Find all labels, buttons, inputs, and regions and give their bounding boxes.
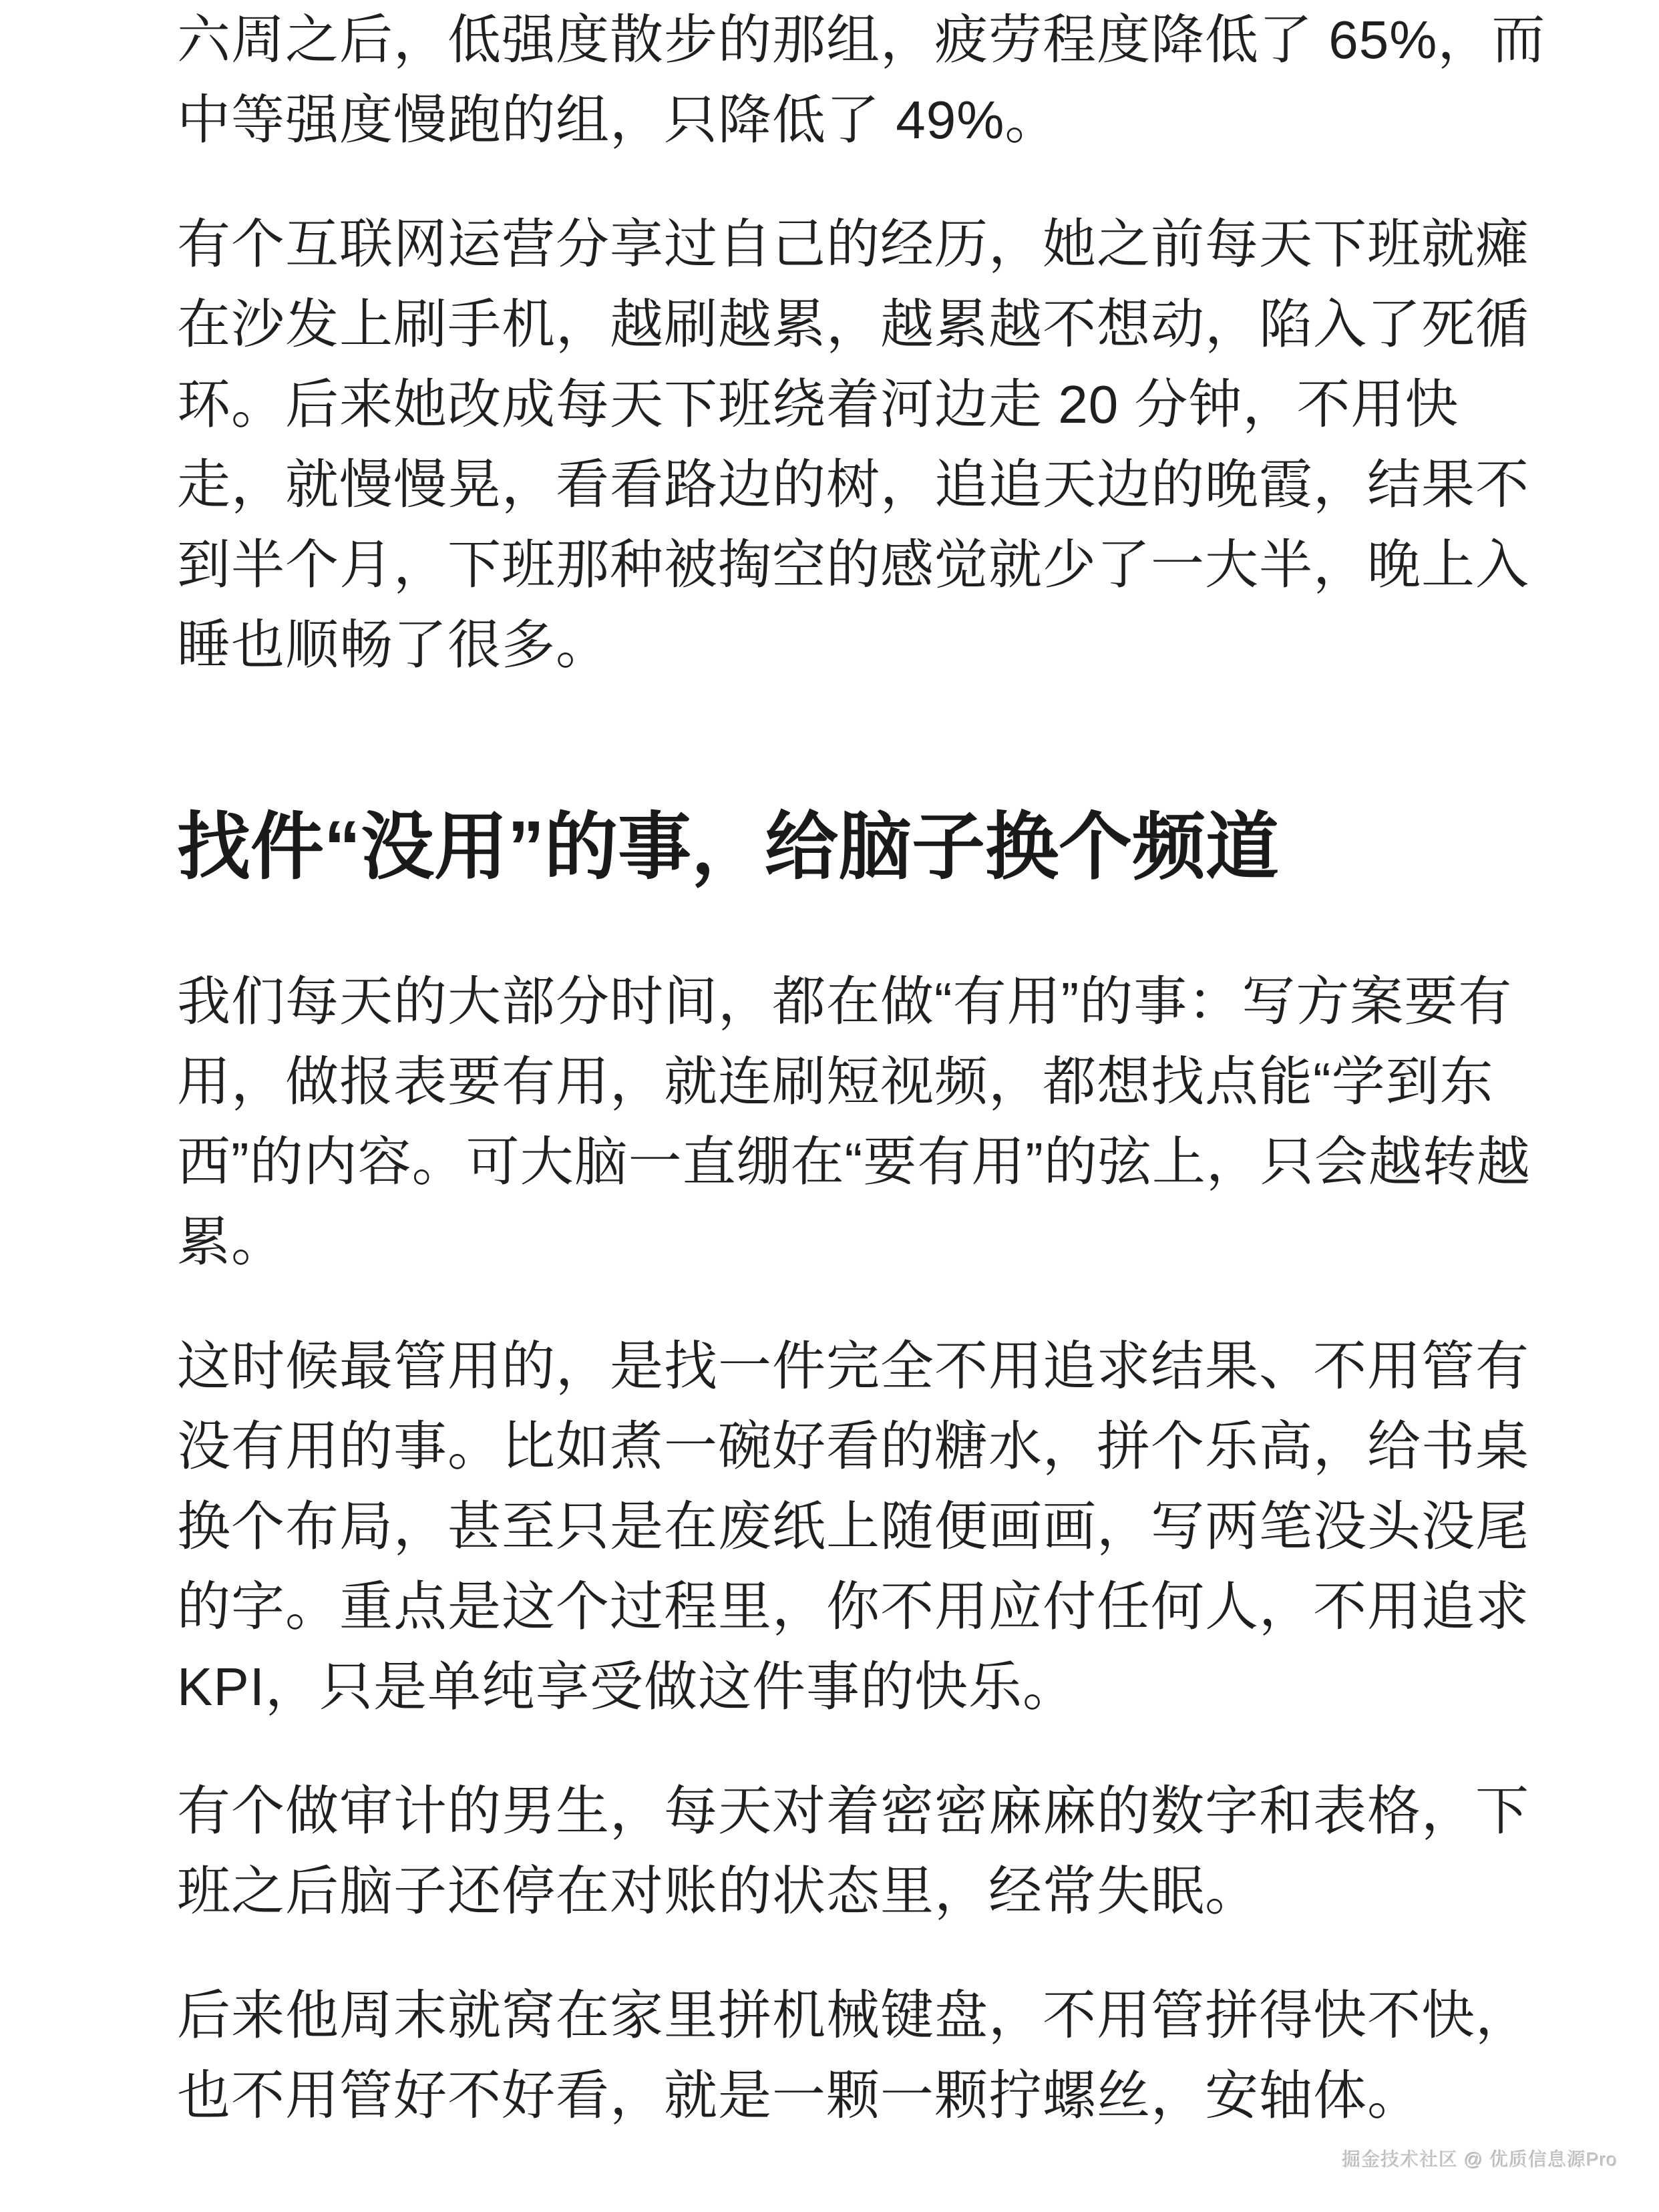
paragraph-study-result: 六周之后，低强度散步的那组，疲劳程度降低了 65%，而中等强度慢跑的组，只降低了… xyxy=(177,0,1550,160)
article-page: 六周之后，低强度散步的那组，疲劳程度降低了 65%，而中等强度慢跑的组，只降低了… xyxy=(0,0,1659,2212)
section-heading: 找件“没用”的事，给脑子换个频道 xyxy=(177,797,1550,898)
paragraph-auditor-story: 有个做审计的男生，每天对着密密麻麻的数字和表格，下班之后脑子还停在对账的状态里，… xyxy=(177,1771,1550,1931)
paragraph-useful-things: 我们每天的大部分时间，都在做“有用”的事：写方案要有用，做报表要有用，就连刷短视… xyxy=(177,962,1550,1282)
paragraph-useless-activity: 这时候最管用的，是找一件完全不用追求结果、不用管有没有用的事。比如煮一碗好看的糖… xyxy=(177,1326,1550,1727)
paragraph-internet-operator-story: 有个互联网运营分享过自己的经历，她之前每天下班就瘫在沙发上刷手机，越刷越累，越累… xyxy=(177,204,1550,685)
watermark-text: 掘金技术社区 @ 优质信息源Pro xyxy=(1342,2145,1618,2172)
paragraph-keyboard-story: 后来他周末就窝在家里拼机械键盘，不用管拼得快不快，也不用管好不好看，就是一颗一颗… xyxy=(177,1976,1550,2136)
